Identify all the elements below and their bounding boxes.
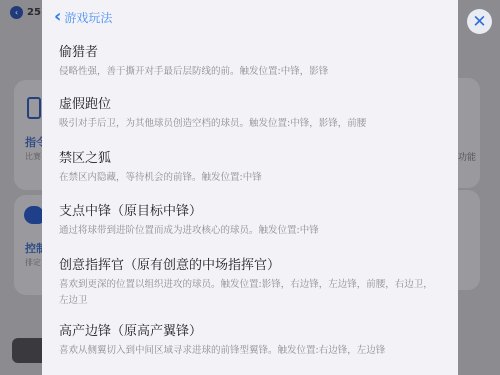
- background-back-icon: ‹: [10, 6, 23, 19]
- item-title: 支点中锋（原目标中锋）: [59, 203, 458, 221]
- sheet-header: ‹ 游戏玩法: [42, 0, 458, 34]
- background-card-sub: 排定: [25, 257, 41, 268]
- item-description: 侵略性强，善于撕开对手最后层防线的前。触发位置:中锋，影锋: [59, 64, 458, 80]
- background-tablet-icon: [27, 97, 41, 119]
- gameplay-sheet: ‹ 游戏玩法 偷猎者 侵略性强，善于撕开对手最后层防线的前。触发位置:中锋，影锋…: [42, 0, 458, 375]
- list-item: 高产边锋（原高产翼锋） 喜欢从侧翼切入到中间区域寻求进球的前锋型翼锋。触发位置:…: [59, 323, 458, 359]
- list-item: 支点中锋（原目标中锋） 通过将球带到进阶位置而成为进攻核心的球员。触发位置:中锋: [59, 203, 458, 239]
- list-item: 创意指挥官（原有创意的中场指挥官） 喜欢到更深的位置以组织进攻的球员。触发位置:…: [59, 257, 458, 309]
- item-description: 吸引对手后卫，为其他球员创造空档的球员。触发位置:中锋，影锋，前腰: [59, 116, 458, 132]
- item-description: 喜欢到更深的位置以组织进攻的球员。触发位置:影锋，右边锋，左边锋，前腰，右边卫，…: [59, 277, 458, 309]
- item-title: 虚假跑位: [59, 96, 458, 114]
- item-description: 通过将球带到进阶位置而成为进攻核心的球员。触发位置:中锋: [59, 223, 458, 239]
- background-topbar: ‹ 25: [10, 6, 41, 19]
- item-title: 创意指挥官（原有创意的中场指挥官）: [59, 257, 458, 275]
- item-description: 喜欢从侧翼切入到中间区域寻求进球的前锋型翼锋。触发位置:右边锋，左边锋: [59, 343, 458, 359]
- close-button[interactable]: ✕: [467, 9, 492, 34]
- item-title: 偷猎者: [59, 44, 458, 62]
- list-item: 偷猎者 侵略性强，善于撕开对手最后层防线的前。触发位置:中锋，影锋: [59, 44, 458, 80]
- item-title: 禁区之狐: [59, 150, 458, 168]
- list-item: 虚假跑位 吸引对手后卫，为其他球员创造空档的球员。触发位置:中锋，影锋，前腰: [59, 96, 458, 132]
- close-icon: ✕: [472, 12, 486, 32]
- item-description: 在禁区内隐藏，等待机会的前锋。触发位置:中锋: [59, 170, 458, 186]
- back-button-label[interactable]: 游戏玩法: [64, 9, 112, 26]
- background-card-sub: 比赛: [25, 151, 41, 162]
- background-topbar-text: 25: [27, 7, 41, 18]
- back-chevron-icon[interactable]: ‹: [54, 8, 61, 26]
- item-title: 高产边锋（原高产翼锋）: [59, 323, 458, 341]
- background-right-text: 功能: [458, 150, 476, 163]
- list-item: 禁区之狐 在禁区内隐藏，等待机会的前锋。触发位置:中锋: [59, 150, 458, 186]
- background-controller-icon: [24, 206, 44, 224]
